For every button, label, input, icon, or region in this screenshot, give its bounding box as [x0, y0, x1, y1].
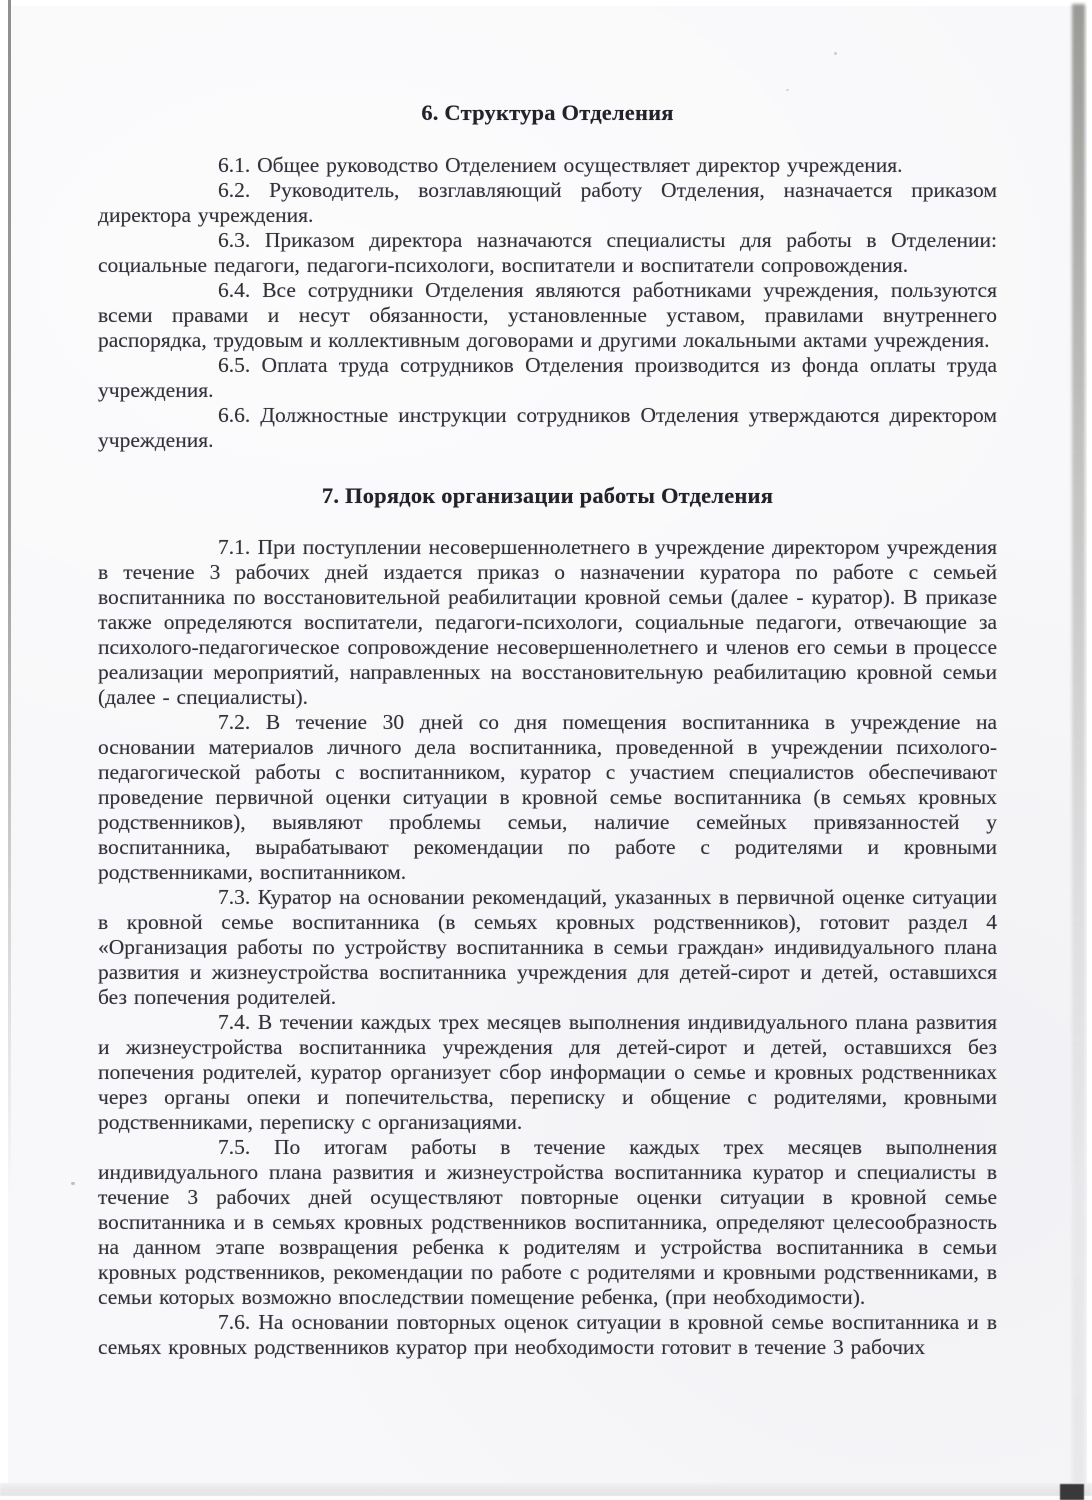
scan-left-edge-line	[8, 0, 11, 1200]
paragraph-7-6: 7.6. На основании повторных оценок ситуа…	[98, 1310, 997, 1360]
section-6-heading: 6. Структура Отделения	[98, 100, 997, 126]
scan-bottom-edge-band	[0, 1483, 1092, 1496]
section-work-order: 7. Порядок организации работы Отделения …	[98, 483, 997, 1360]
paragraph-6-6: 6.6. Должностные инструкции сотрудников …	[98, 403, 997, 453]
scan-left-margin	[0, 0, 8, 1500]
scan-right-margin	[1087, 0, 1092, 1500]
paragraph-7-3: 7.3. Куратор на основании рекомендаций, …	[98, 885, 997, 1010]
scan-right-edge-shadow	[1072, 4, 1085, 1484]
paragraph-6-2: 6.2. Руководитель, возглавляющий работу …	[98, 178, 997, 228]
scanned-document-page: 6. Структура Отделения 6.1. Общее руково…	[0, 0, 1092, 1500]
scan-bottom-margin	[0, 1496, 1092, 1500]
section-structure: 6. Структура Отделения 6.1. Общее руково…	[98, 100, 997, 453]
document-content: 6. Структура Отделения 6.1. Общее руково…	[98, 100, 997, 1360]
paragraph-6-4: 6.4. Все сотрудники Отделения являются р…	[98, 278, 997, 353]
paragraph-6-3: 6.3. Приказом директора назначаются спец…	[98, 228, 997, 278]
paragraph-6-5: 6.5. Оплата труда сотрудников Отделения …	[98, 353, 997, 403]
scan-corner-mark	[1060, 1484, 1084, 1500]
scan-top-edge	[0, 0, 1092, 6]
paragraph-7-5: 7.5. По итогам работы в течение каждых т…	[98, 1135, 997, 1310]
paragraph-7-4: 7.4. В течении каждых трех месяцев выпол…	[98, 1010, 997, 1135]
scan-speck	[834, 52, 837, 55]
section-7-heading: 7. Порядок организации работы Отделения	[98, 483, 997, 509]
scan-speck	[786, 89, 789, 91]
paragraph-7-1: 7.1. При поступлении несовершеннолетнего…	[98, 535, 997, 710]
scan-speck	[71, 1182, 75, 1185]
paragraph-6-1: 6.1. Общее руководство Отделением осущес…	[98, 153, 997, 178]
paragraph-7-2: 7.2. В течение 30 дней со дня помещения …	[98, 710, 997, 885]
